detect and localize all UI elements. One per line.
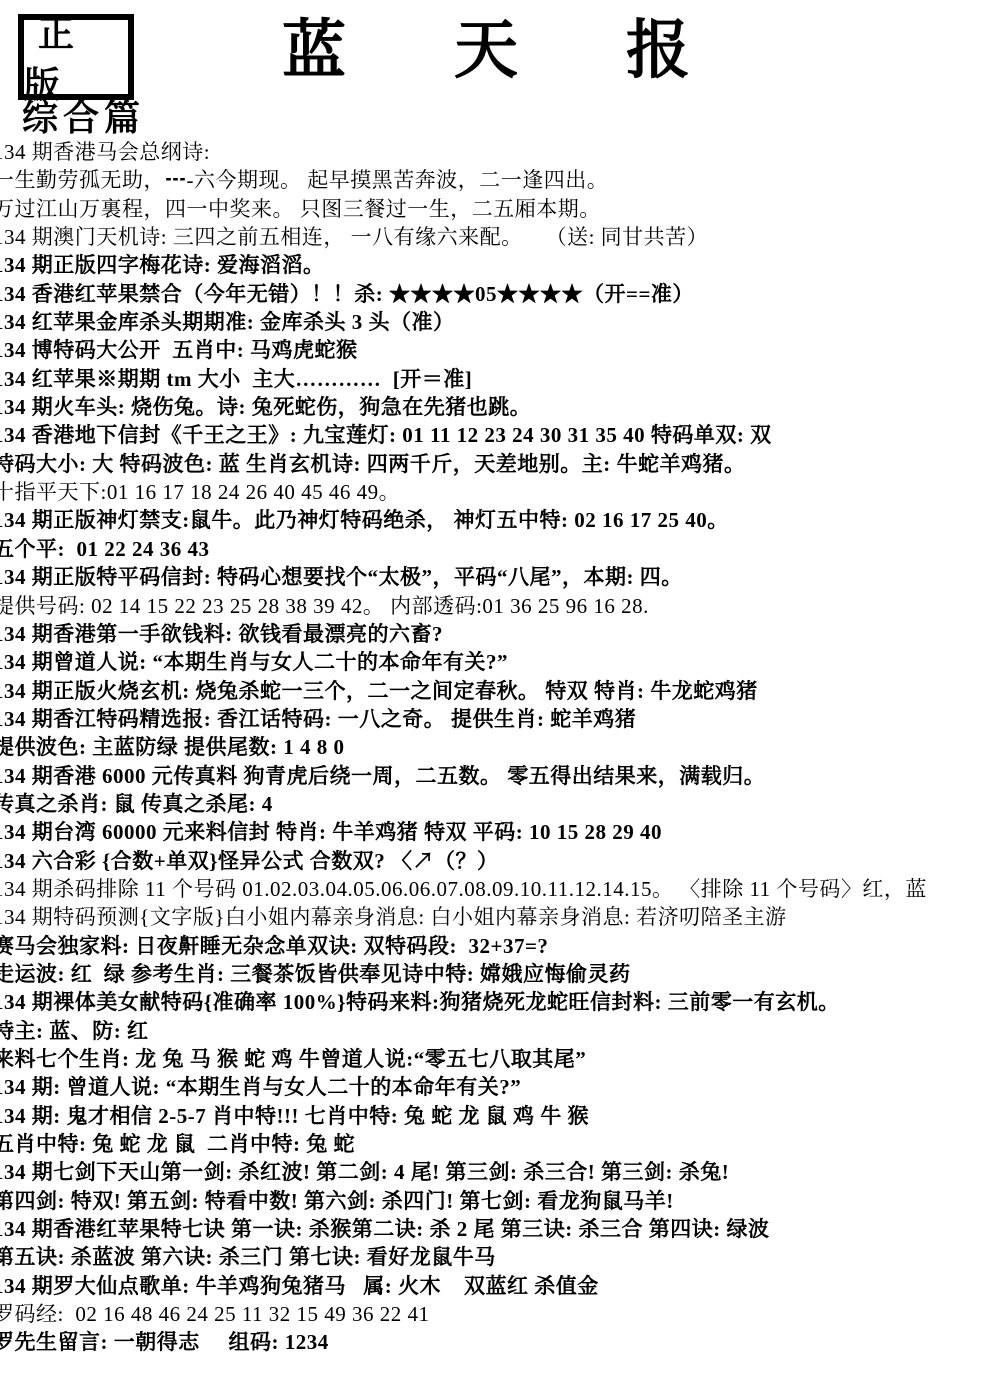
text-line: 134 红苹果金库杀头期期准: 金库杀头 3 头（准） <box>0 308 1008 336</box>
text-line: 134 期台湾 60000 元来料信封 特肖: 牛羊鸡猪 特双 平码: 10 1… <box>0 818 1008 846</box>
text-line: 走运波: 红 绿 参考生肖: 三餐茶饭皆供奉见诗中特: 嫦娥应悔偷灵药 <box>0 960 1008 988</box>
text-line: 特主: 蓝、防: 红 <box>0 1017 1008 1045</box>
text-line: 134 期: 鬼才相信 2-5-7 肖中特!!! 七肖中特: 兔 蛇 龙 鼠 鸡… <box>0 1102 1008 1130</box>
text-line: 134 期正版四字梅花诗: 爱海滔滔。 <box>0 251 1008 279</box>
text-line: 五个平: 01 22 24 36 43 <box>0 535 1008 563</box>
text-line: 第四剑: 特双! 第五剑: 特看中数! 第六剑: 杀四门! 第七剑: 看龙狗鼠马… <box>0 1187 1008 1215</box>
text-line: 第五诀: 杀蓝波 第六诀: 杀三门 第七诀: 看好龙鼠牛马 <box>0 1243 1008 1271</box>
text-line: 134 博特码大公开 五肖中: 马鸡虎蛇猴 <box>0 336 1008 364</box>
text-line: 134 期香港马会总纲诗: <box>0 138 1008 166</box>
text-line: 134 香港地下信封《千王之王》: 九宝莲灯: 01 11 12 23 24 3… <box>0 421 1008 449</box>
text-line: 134 期正版神灯禁支:鼠牛。此乃神灯特码绝杀， 神灯五中特: 02 16 17… <box>0 506 1008 534</box>
text-line: 赛马会独家料: 日夜鼾睡无杂念单双诀: 双特码段: 32+37=? <box>0 932 1008 960</box>
text-line: 传真之杀肖: 鼠 传真之杀尾: 4 <box>0 790 1008 818</box>
scanned-report-page: 正 版 蓝天报 综合篇 134 期香港马会总纲诗:一生勤劳孤无助，┅-六今期现。… <box>0 0 1008 1388</box>
text-line: 134 香港红苹果禁合（今年无错）！！杀: ★★★★05★★★★（开==准） <box>0 280 1008 308</box>
text-line: 134 期香港 6000 元传真料 狗青虎后绕一周，二五数。 零五得出结果来，满… <box>0 762 1008 790</box>
text-line: 罗先生留言: 一朝得志 组码: 1234 <box>0 1328 1008 1356</box>
text-line: 来料七个生肖: 龙 兔 马 猴 蛇 鸡 牛曾道人说:“零五七八取其尾” <box>0 1045 1008 1073</box>
text-line: 134 期杀码排除 11 个号码 01.02.03.04.05.06.06.07… <box>0 875 1008 903</box>
text-line: 特码大小: 大 特码波色: 蓝 生肖玄机诗: 四两千斤，天差地别。主: 牛蛇羊鸡… <box>0 450 1008 478</box>
text-line: 134 期香港第一手欲钱料: 欲钱看最漂亮的六畜? <box>0 620 1008 648</box>
report-body: 134 期香港马会总纲诗:一生勤劳孤无助，┅-六今期现。 起早摸黑苦奔波，二一逢… <box>0 138 1008 1357</box>
text-line: 134 期香港红苹果特七诀 第一诀: 杀猴第二诀: 杀 2 尾 第三诀: 杀三合… <box>0 1215 1008 1243</box>
text-line: 134 期正版火烧玄机: 烧兔杀蛇一三个，二一之间定春秋。 特双 特肖: 牛龙蛇… <box>0 677 1008 705</box>
text-line: 万过江山万裏程，四一中奖来。 只图三餐过一生，二五厢本期。 <box>0 195 1008 223</box>
text-line: 134 期曾道人说: “本期生肖与女人二十的本命年有关?” <box>0 648 1008 676</box>
text-line: 134 期澳门天机诗: 三四之前五相连， 一八有缘六来配。 （送: 同甘共苦） <box>0 223 1008 251</box>
section-subtitle: 综合篇 <box>22 90 145 141</box>
text-line: 134 期: 曾道人说: “本期生肖与女人二十的本命年有关?” <box>0 1073 1008 1101</box>
text-line: 五肖中特: 兔 蛇 龙 鼠 二肖中特: 兔 蛇 <box>0 1130 1008 1158</box>
text-line: 134 期特码预测{文字版}白小姐内幕亲身消息: 白小姐内幕亲身消息: 若济叨陪… <box>0 903 1008 931</box>
text-line: 提供号码: 02 14 15 22 23 25 28 38 39 42。 内部透… <box>0 592 1008 620</box>
text-line: 134 期裸体美女献特码{准确率 100%}特码来料:狗猪烧死龙蛇旺信封料: 三… <box>0 988 1008 1016</box>
text-line: 134 期正版特平码信封: 特码心想要找个“太极”，平码“八尾”，本期: 四。 <box>0 563 1008 591</box>
text-line: 十指平天下:01 16 17 18 24 26 40 45 46 49。 <box>0 478 1008 506</box>
text-line: 提供波色: 主蓝防绿 提供尾数: 1 4 8 0 <box>0 733 1008 761</box>
edition-badge: 正 版 <box>18 14 134 100</box>
text-line: 134 六合彩 {合数+单双}怪异公式 合数双? 〈↗（？） <box>0 847 1008 875</box>
text-line: 134 期罗大仙点歌单: 牛羊鸡狗兔猪马 属: 火木 双蓝红 杀值金 <box>0 1272 1008 1300</box>
page-title: 蓝天报 <box>282 6 798 96</box>
text-line: 134 期火车头: 烧伤兔。诗: 兔死蛇伤，狗急在先猪也跳。 <box>0 393 1008 421</box>
text-line: 罗码经: 02 16 48 46 24 25 11 32 15 49 36 22… <box>0 1300 1008 1328</box>
text-line: 134 期香江特码精选报: 香江话特码: 一八之奇。 提供生肖: 蛇羊鸡猪 <box>0 705 1008 733</box>
text-line: 134 红苹果※期期 tm 大小 主大………… [开＝准] <box>0 365 1008 393</box>
text-line: 134 期七剑下天山第一剑: 杀红波! 第二剑: 4 尾! 第三剑: 杀三合! … <box>0 1158 1008 1186</box>
text-line: 一生勤劳孤无助，┅-六今期现。 起早摸黑苦奔波，二一逢四出。 <box>0 166 1008 194</box>
